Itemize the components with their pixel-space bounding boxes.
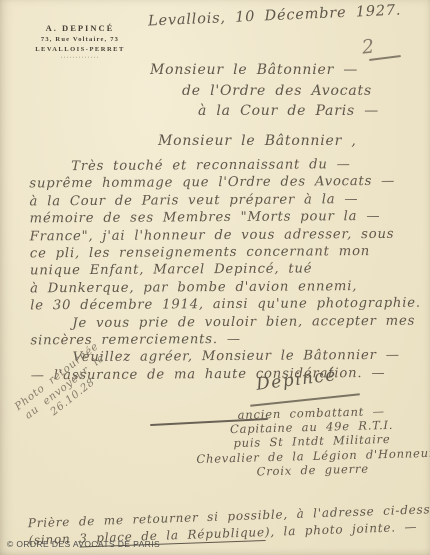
recipient-block: Monsieur le Bâtonnier — de l'Ordre des A… [150, 60, 379, 122]
body-line: suprême hommage que l'Ordre des Avocats … [29, 173, 425, 193]
signature-titles: ancien combattant — Capitaine au 49e R.T… [195, 403, 429, 480]
body-line: ce pli, les renseignements concernant mo… [30, 243, 426, 263]
copyright-watermark: © ORDRE DES AVOCATS DE PARIS [7, 539, 160, 549]
page-number-annotation: 2 [361, 35, 376, 58]
body-line: mémoire de ses Membres "Morts pour la — [30, 208, 426, 228]
salutation: Monsieur le Bâtonnier , [158, 133, 357, 149]
recipient-line: à la Cour de Paris — [198, 101, 379, 122]
letterhead-city: LEVALLOIS-PERRET [22, 46, 138, 53]
letterhead-rule: ············· [22, 55, 138, 61]
letterhead: A. DEPINCÉ 73, Rue Voltaire, 73 LEVALLOI… [22, 23, 138, 61]
letterhead-street: 73, Rue Voltaire, 73 [22, 36, 138, 43]
letterhead-name: A. DEPINCÉ [22, 23, 138, 33]
dateline: Levallois, 10 Décembre 1927. [148, 2, 402, 29]
letter-scan: A. DEPINCÉ 73, Rue Voltaire, 73 LEVALLOI… [0, 0, 430, 555]
recipient-line: de l'Ordre des Avocats [182, 81, 379, 102]
body-line: Je vous prie de vouloir bien, accepter m… [30, 312, 426, 332]
body-line: le 30 décembre 1914, ainsi qu'une photog… [30, 295, 426, 315]
recipient-line: Monsieur le Bâtonnier — [150, 60, 379, 81]
